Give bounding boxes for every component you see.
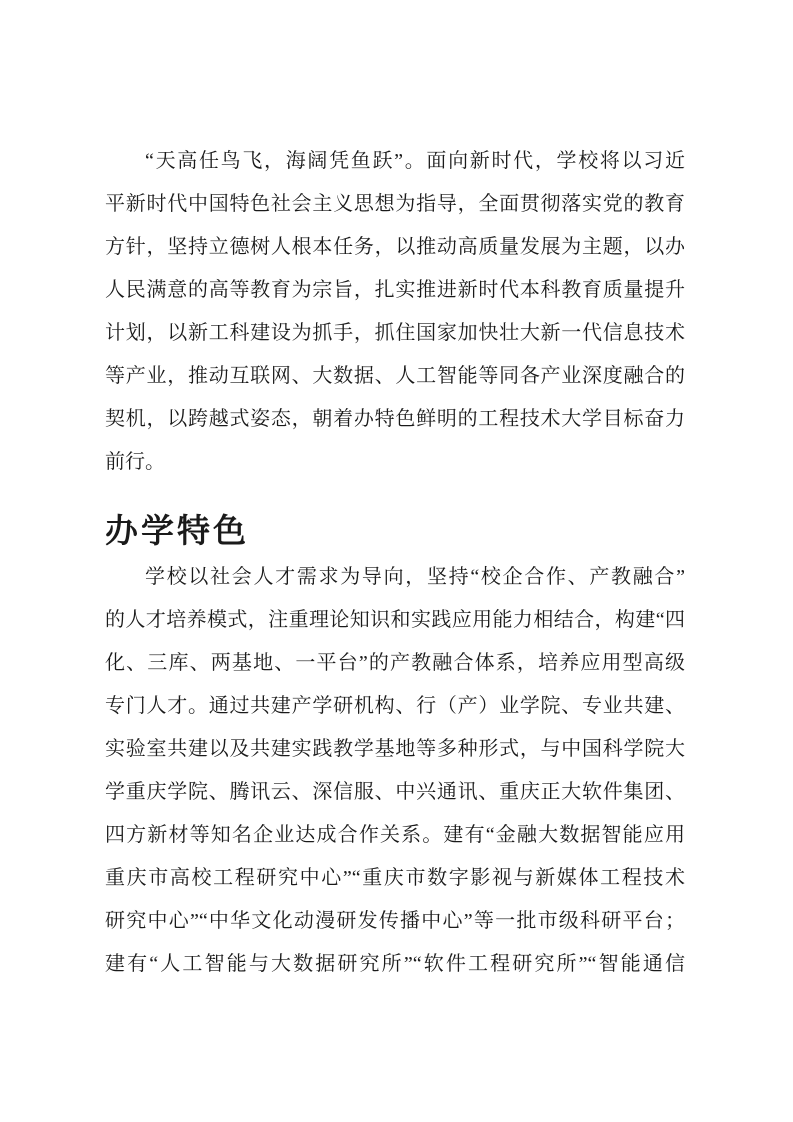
- text-line: 前行。: [105, 441, 685, 484]
- text-line: 人民满意的高等教育为宗旨，扎实推进新时代本科教育质量提升: [105, 269, 685, 312]
- text-line: 学重庆学院、腾讯云、深信服、中兴通讯、重庆正大软件集团、: [105, 771, 685, 814]
- text-line: 学校以社会人才需求为导向，坚持“校企合作、产教融合”: [105, 556, 685, 599]
- section-heading: 办学特色: [105, 510, 685, 554]
- text-line: 实验室共建以及共建实践教学基地等多种形式，与中国科学院大: [105, 728, 685, 771]
- text-line: 的人才培养模式，注重理论知识和实践应用能力相结合，构建“四: [105, 599, 685, 642]
- text-line: 契机，以跨越式姿态，朝着办特色鲜明的工程技术大学目标奋力: [105, 398, 685, 441]
- text-line: 建有“人工智能与大数据研究所”“软件工程研究所”“智能通信: [105, 943, 685, 986]
- text-line: 计划，以新工科建设为抓手，抓住国家加快壮大新一代信息技术: [105, 312, 685, 355]
- paragraph-school-features: 学校以社会人才需求为导向，坚持“校企合作、产教融合” 的人才培养模式，注重理论知…: [105, 556, 685, 986]
- document-page: “天高任鸟飞，海阔凭鱼跃”。面向新时代，学校将以习近 平新时代中国特色社会主义思…: [0, 0, 793, 1122]
- text-line: 专门人才。通过共建产学研机构、行（产）业学院、专业共建、: [105, 685, 685, 728]
- text-line: “天高任鸟飞，海阔凭鱼跃”。面向新时代，学校将以习近: [105, 140, 685, 183]
- text-line: 方针，坚持立德树人根本任务，以推动高质量发展为主题，以办: [105, 226, 685, 269]
- text-line: 平新时代中国特色社会主义思想为指导，全面贯彻落实党的教育: [105, 183, 685, 226]
- text-line: 重庆市高校工程研究中心”“重庆市数字影视与新媒体工程技术: [105, 857, 685, 900]
- text-line: 化、三库、两基地、一平台”的产教融合体系，培养应用型高级: [105, 642, 685, 685]
- text-line: 研究中心”“中华文化动漫研发传播中心”等一批市级科研平台；: [105, 900, 685, 943]
- text-line: 四方新材等知名企业达成合作关系。建有“金融大数据智能应用: [105, 814, 685, 857]
- paragraph-outlook: “天高任鸟飞，海阔凭鱼跃”。面向新时代，学校将以习近 平新时代中国特色社会主义思…: [105, 140, 685, 484]
- text-line: 等产业，推动互联网、大数据、人工智能等同各产业深度融合的: [105, 355, 685, 398]
